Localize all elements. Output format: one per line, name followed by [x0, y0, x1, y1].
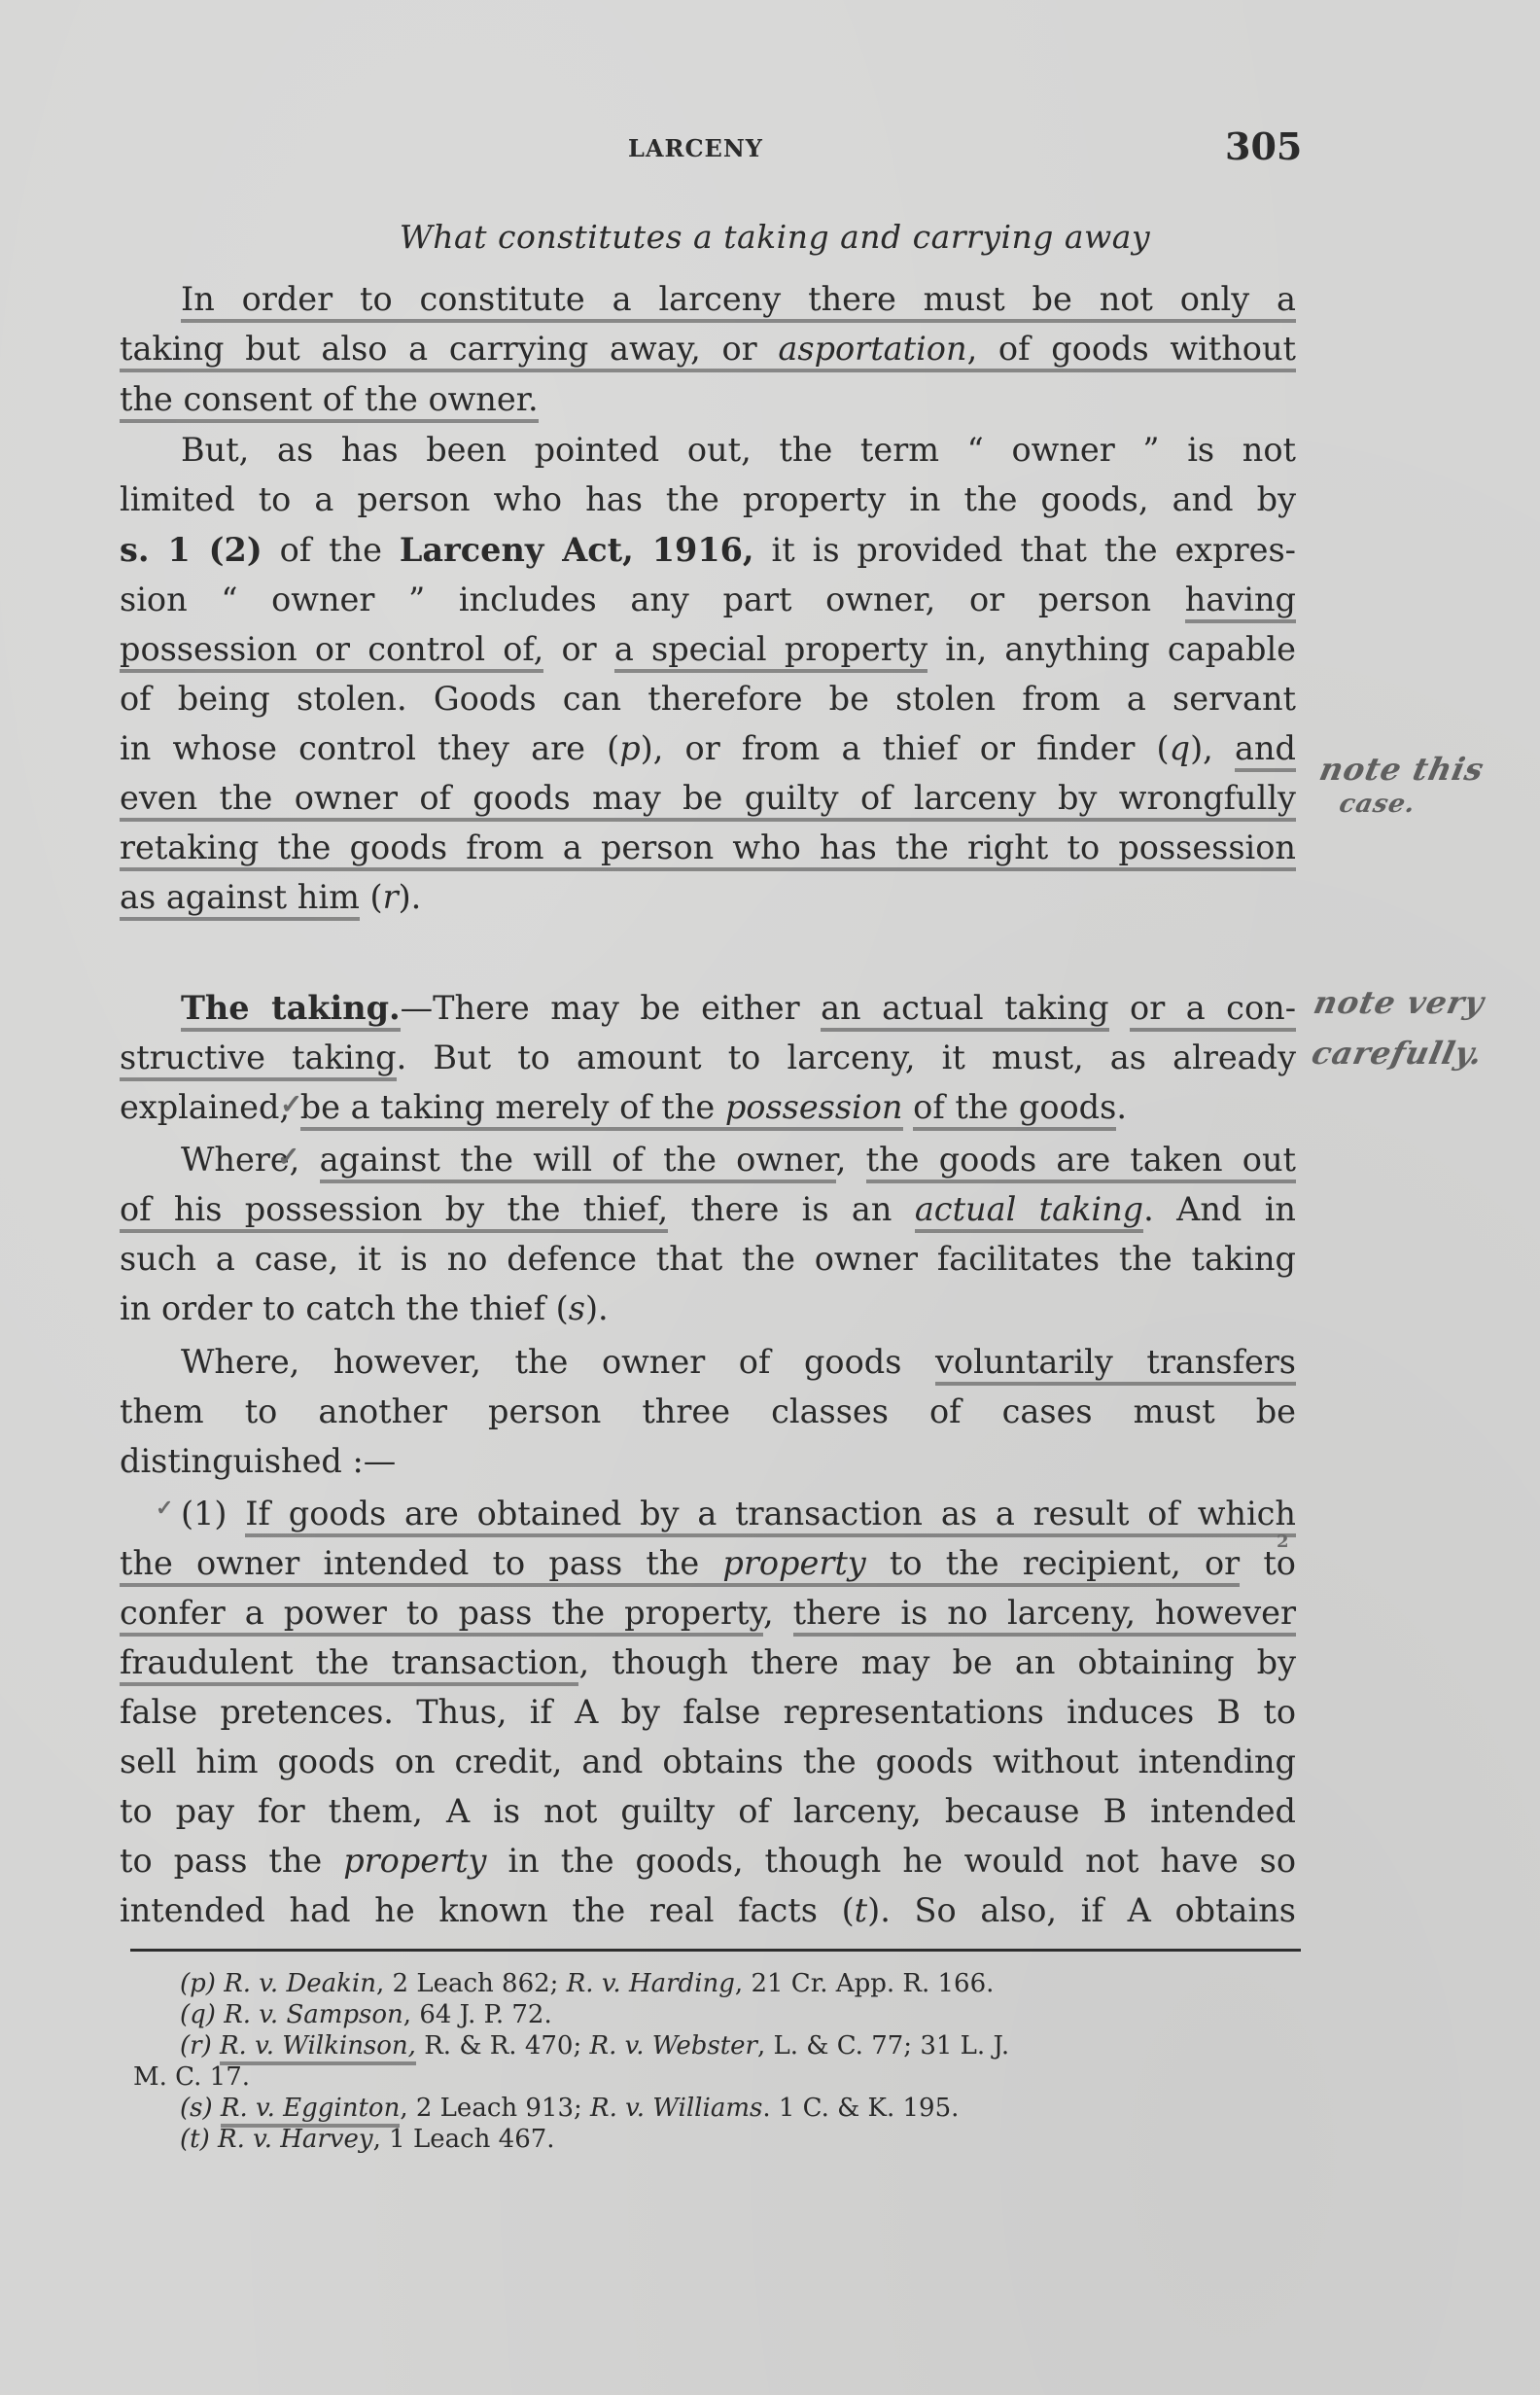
- handwritten-note: case.: [1337, 790, 1418, 819]
- text-run: , of goods without: [967, 330, 1296, 368]
- check-mark-icon: ✓: [280, 1088, 302, 1120]
- italic-term: property: [722, 1544, 865, 1582]
- underlined-text: of his possession by the thief,: [120, 1190, 668, 1233]
- citation: , 1 Leach 467.: [373, 2125, 555, 2154]
- footnote-mark: (q): [180, 2000, 216, 2029]
- text-run: ,: [763, 1594, 793, 1632]
- text-run: in the goods, though he would not have s…: [487, 1842, 1297, 1880]
- text-run: , though there may be an obtaining by: [578, 1643, 1296, 1681]
- underlined-text: retaking the goods from a person who has…: [120, 828, 1296, 871]
- underlined-text: taking but also a carrying away, or aspo…: [120, 330, 1296, 372]
- text-run: ).: [585, 1289, 609, 1327]
- run-in-heading: The taking.: [181, 989, 401, 1032]
- text-run: of the: [262, 531, 400, 569]
- underlined-text: the consent of the owner.: [120, 380, 539, 423]
- section-heading: What constitutes a taking and carrying a…: [0, 218, 1540, 256]
- text-run: .: [1116, 1088, 1127, 1126]
- scanned-book-page: LARCENY 305 What constitutes a taking an…: [0, 0, 1540, 2395]
- underlined-text: and: [1235, 729, 1296, 772]
- footnote-ref[interactable]: p: [619, 729, 640, 767]
- text-line: fraudulent the transaction, though there…: [120, 1643, 1296, 1682]
- text-line: But, as has been pointed out, the term “…: [181, 431, 1296, 470]
- underlined-text: the goods are taken out: [866, 1141, 1296, 1183]
- case-name: R. v. Harvey: [218, 2125, 373, 2154]
- text-run: explained,: [120, 1088, 300, 1126]
- case-name: R. v. Egginton: [221, 2094, 400, 2128]
- underlined-text: voluntarily transfers: [935, 1343, 1296, 1386]
- underlined-text: the owner intended to pass the property …: [120, 1544, 1240, 1587]
- citation: . 1 C. & K. 195.: [762, 2094, 959, 2123]
- text-run: [1109, 989, 1131, 1027]
- case-name: R. v. Wilkinson,: [220, 2031, 416, 2065]
- text-line: intended had he known the real facts (t)…: [120, 1891, 1296, 1930]
- underlined-text: structive taking: [120, 1039, 397, 1081]
- text-line: even the owner of goods may be guilty of…: [120, 779, 1296, 818]
- text-line: retaking the goods from a person who has…: [120, 828, 1296, 867]
- italic-term: asportation: [778, 330, 966, 368]
- footnote-mark: (p): [180, 1969, 216, 1998]
- text-line: In order to constitute a larceny there m…: [181, 280, 1296, 319]
- text-line: the owner intended to pass the property …: [120, 1544, 1296, 1583]
- text-run: there is an: [668, 1190, 915, 1228]
- citation: , 2 Leach 913;: [400, 2094, 590, 2123]
- footnote-divider: [130, 1949, 1301, 1952]
- italic-term: actual taking: [915, 1190, 1143, 1233]
- text-run: Where, however, the owner of goods: [181, 1343, 935, 1381]
- text-line: structive taking. But to amount to larce…: [120, 1039, 1296, 1077]
- underlined-text: In order to constitute a larceny there m…: [181, 280, 1296, 323]
- underlined-text: there is no larceny, however: [793, 1594, 1296, 1637]
- footnote-ref[interactable]: t: [855, 1891, 867, 1929]
- text-line: such a case, it is no defence that the o…: [120, 1240, 1296, 1279]
- text-run: ), or from a thief or finder (: [641, 729, 1170, 767]
- text-run: ).: [399, 878, 422, 916]
- text-line: Where, against the will of the owner, th…: [181, 1141, 1296, 1180]
- text-run: ). So also, if A obtains: [867, 1891, 1296, 1929]
- underlined-text: or a con-: [1130, 989, 1296, 1032]
- text-line: The taking.—There may be either an actua…: [181, 989, 1296, 1028]
- text-run: to the recipient, or: [866, 1544, 1240, 1582]
- running-title: LARCENY: [628, 134, 763, 162]
- underlined-text: having: [1185, 581, 1296, 623]
- underlined-text: as against him: [120, 878, 360, 921]
- footnote-mark: (s): [180, 2094, 213, 2123]
- text-line: sion “ owner ” includes any part owner, …: [120, 581, 1296, 619]
- text-run: taking but also a carrying away, or: [120, 330, 778, 368]
- text-run: . And in: [1143, 1190, 1296, 1228]
- footnote-r-continuation: M. C. 17.: [133, 2062, 1251, 2092]
- page-number: 305: [1225, 124, 1302, 168]
- running-header: LARCENY 305: [0, 124, 1540, 173]
- text-line: of his possession by the thief, there is…: [120, 1190, 1296, 1229]
- footnote-ref[interactable]: r: [383, 878, 399, 916]
- footnote-r: (r) R. v. Wilkinson, R. & R. 470; R. v. …: [180, 2031, 1298, 2060]
- text-run: or: [543, 630, 614, 668]
- case-name: R. v. Webster: [590, 2031, 757, 2060]
- text-line: the consent of the owner.: [120, 380, 1296, 419]
- text-run: . But to amount to larceny, it must, as …: [397, 1039, 1296, 1076]
- case-name: R. v. Harding: [567, 1969, 735, 1998]
- text-line: false pretences. Thus, if A by false rep…: [120, 1693, 1296, 1732]
- footnote-s: (s) R. v. Egginton, 2 Leach 913; R. v. W…: [180, 2094, 1298, 2123]
- underlined-text: an actual taking: [821, 989, 1108, 1032]
- text-line: limited to a person who has the property…: [120, 480, 1296, 519]
- list-number: (1): [181, 1495, 245, 1532]
- text-line: (1) If goods are obtained by a transacti…: [181, 1495, 1296, 1533]
- text-line: to pass the property in the goods, thoug…: [120, 1842, 1296, 1881]
- superscript-mark: 2: [1277, 1532, 1289, 1552]
- underlined-text: of the goods: [913, 1088, 1116, 1131]
- underlined-text: If goods are obtained by a transaction a…: [245, 1495, 1296, 1537]
- case-name: R. v. Sampson: [224, 2000, 403, 2029]
- handwritten-note: note this: [1316, 751, 1487, 788]
- text-run: in order to catch the thief (: [120, 1289, 569, 1327]
- text-line: as against him (r).: [120, 878, 1296, 917]
- citation: , 2 Leach 862;: [376, 1969, 567, 1998]
- text-line: in whose control they are (p), or from a…: [120, 729, 1296, 768]
- footnote-ref[interactable]: s: [569, 1289, 585, 1327]
- text-line: sell him goods on credit, and obtains th…: [120, 1743, 1296, 1781]
- text-run: ),: [1190, 729, 1235, 767]
- text-line: confer a power to pass the property, the…: [120, 1594, 1296, 1633]
- text-line: them to another person three classes of …: [120, 1392, 1296, 1431]
- text-line: taking but also a carrying away, or aspo…: [120, 330, 1296, 369]
- text-run: in, anything capable: [927, 630, 1296, 668]
- underlined-text: against the will of the owner: [320, 1141, 836, 1183]
- italic-term: possession: [725, 1088, 903, 1131]
- check-mark-icon: ✓: [156, 1496, 173, 1521]
- footnote-p: (p) R. v. Deakin, 2 Leach 862; R. v. Har…: [180, 1969, 1298, 1998]
- case-name: R. v. Williams: [590, 2094, 762, 2123]
- text-line: of being stolen. Goods can therefore be …: [120, 680, 1296, 719]
- underlined-text: even the owner of goods may be guilty of…: [120, 779, 1296, 822]
- underlined-text: be a taking merely of the: [300, 1088, 725, 1131]
- footnote-mark: (r): [180, 2031, 212, 2060]
- text-run: ,: [836, 1141, 866, 1179]
- footnote-mark: (t): [180, 2125, 210, 2154]
- text-line: to pay for them, A is not guilty of larc…: [120, 1792, 1296, 1831]
- statute-section: s. 1 (2): [120, 531, 262, 569]
- text-run: in whose control they are (: [120, 729, 619, 767]
- text-line: s. 1 (2) of the Larceny Act, 1916, it is…: [120, 531, 1296, 570]
- underlined-text: a special property: [614, 630, 927, 673]
- underlined-text: possession or control of,: [120, 630, 543, 673]
- case-name: R. v. Deakin: [224, 1969, 376, 1998]
- text-run: [903, 1088, 914, 1126]
- text-run: the owner intended to pass the: [120, 1544, 722, 1582]
- text-line: distinguished :—: [120, 1442, 1296, 1481]
- underlined-text: fraudulent the transaction: [120, 1643, 578, 1686]
- text-line: in order to catch the thief (s).: [120, 1289, 1296, 1328]
- check-mark-icon: ✓: [277, 1141, 299, 1173]
- text-line: Where, however, the owner of goods volun…: [181, 1343, 1296, 1382]
- citation: , L. & C. 77; 31 L. J.: [757, 2031, 1009, 2060]
- text-run: sion “ owner ” includes any part owner, …: [120, 581, 1185, 618]
- text-run: to pass the: [120, 1842, 343, 1880]
- statute-name: Larceny Act, 1916,: [400, 531, 754, 569]
- footnote-ref[interactable]: q: [1170, 729, 1190, 767]
- italic-term: property: [343, 1842, 486, 1880]
- text-run: —There may be either: [401, 989, 821, 1027]
- citation: , 21 Cr. App. R. 166.: [735, 1969, 994, 1998]
- citation: R. & R. 470;: [416, 2031, 590, 2060]
- text-line: possession or control of, or a special p…: [120, 630, 1296, 669]
- citation: , 64 J. P. 72.: [403, 2000, 552, 2029]
- underlined-text: confer a power to pass the property: [120, 1594, 763, 1637]
- text-run: (: [360, 878, 383, 916]
- text-run: it is provided that the expres-: [754, 531, 1296, 569]
- footnote-t: (t) R. v. Harvey, 1 Leach 467.: [180, 2125, 1298, 2154]
- footnote-q: (q) R. v. Sampson, 64 J. P. 72.: [180, 2000, 1298, 2029]
- text-run: intended had he known the real facts (: [120, 1891, 855, 1929]
- handwritten-note: carefully.: [1309, 1035, 1487, 1072]
- handwritten-note: note very: [1311, 984, 1487, 1021]
